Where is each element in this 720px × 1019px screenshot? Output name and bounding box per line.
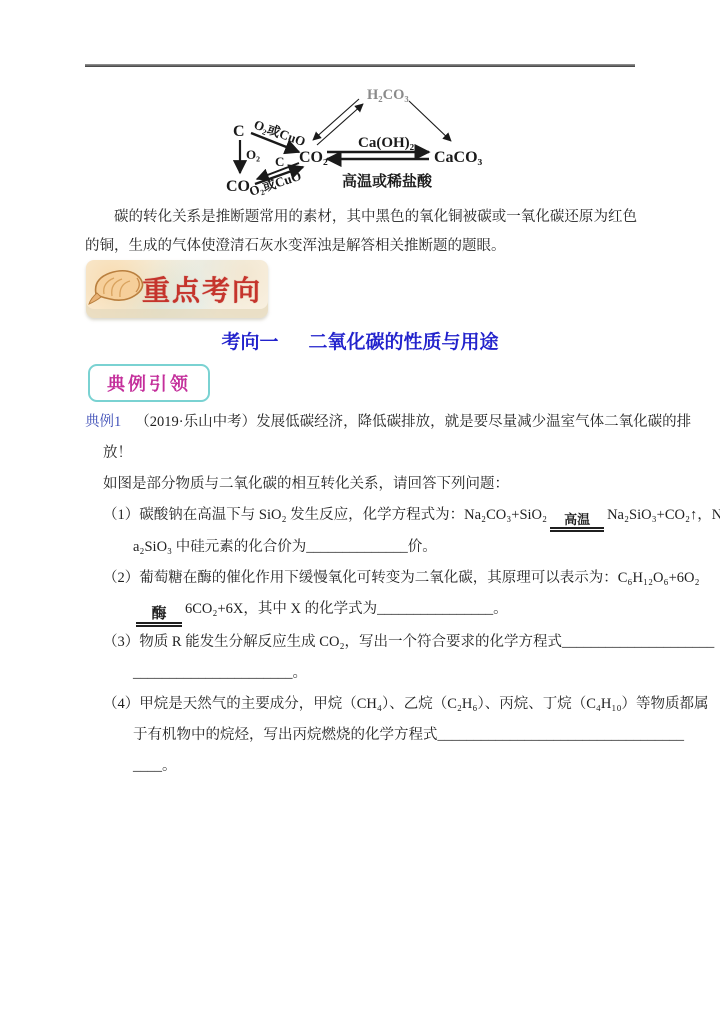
question-4-text: 甲烷是天然气的主要成分，甲烷（CH₄）、乙烷（C₂H₆）、丙烷、丁烷（C₄H₁₀…	[139, 696, 708, 712]
formula-c: C	[233, 123, 245, 140]
arrow-h2co3-to-co2	[313, 99, 359, 140]
question-2-text: 葡萄糖在酶的催化作用下缓慢氧化可转变为二氧化碳，其原理可以表示为：C₆H₁₂O₆…	[139, 570, 699, 586]
question-2-number: （2）	[103, 570, 139, 586]
example-number: 典例1	[85, 414, 121, 430]
question-3-text: 物质 R 能发生分解反应生成 CO₂，写出一个符合要求的化学方程式_______…	[139, 634, 714, 650]
question-4-line1: （4）甲烷是天然气的主要成分，甲烷（CH₄）、乙烷（C₂H₆）、丙烷、丁烷（C₄…	[85, 689, 645, 720]
equation-double-line	[550, 527, 604, 532]
topic-title: 二氧化碳的性质与用途	[309, 332, 499, 353]
conch-shell-icon	[88, 264, 150, 308]
topic-number: 考向一	[221, 332, 278, 353]
label-c-mid: C	[275, 154, 284, 169]
formula-caco3: CaCO₃	[434, 149, 483, 166]
label-high-temp-or-acid: 高温或稀盐酸	[342, 172, 433, 190]
question-4-line2: 于有机物中的烷烃，写出丙烷燃烧的化学方程式___________________…	[85, 720, 645, 751]
section-banner: 重点考向	[86, 260, 268, 318]
formula-co: CO	[226, 178, 250, 195]
carbon-transformation-diagram: C O₂ O₂或CuO CO C O₂或CuO CO₂ H₂CO₃ Ca(OH)…	[213, 83, 493, 198]
question-1-number: （1）	[103, 507, 139, 523]
question-1-line2: a₂SiO₃ 中硅元素的化合价为______________价。	[85, 532, 645, 563]
example-question: 典例1（2019·乐山中考）发展低碳经济，降低碳排放，就是要尽量减少温室气体二氧…	[85, 407, 645, 782]
example-intro-line2: 放！	[85, 438, 645, 469]
question-2-line2: 酶6CO₂+6X，其中 X 的化学式为________________。	[85, 594, 645, 627]
summary-paragraph: 碳的转化关系是推断题常用的素材，其中黑色的氧化铜被碳或一氧化碳还原为红色的铜，生…	[85, 203, 637, 261]
formula-co2: CO₂	[299, 149, 328, 166]
topic-heading: 考向一二氧化碳的性质与用途	[0, 327, 720, 354]
header-rule	[85, 64, 635, 67]
question-2-blank-text: 6CO₂+6X，其中 X 的化学式为________________。	[185, 601, 508, 617]
example-badge-label: 典例引领	[107, 374, 191, 394]
arrow-co2-to-h2co3	[317, 104, 363, 145]
example-intro-text: （2019·乐山中考）发展低碳经济，降低碳排放，就是要尽量减少温室气体二氧化碳的…	[135, 414, 691, 430]
question-1-product: Na₂SiO₃+CO₂↑，N	[607, 507, 720, 523]
formula-h2co3: H₂CO₃	[367, 87, 409, 103]
document-page: C O₂ O₂或CuO CO C O₂或CuO CO₂ H₂CO₃ Ca(OH)…	[0, 0, 720, 1019]
section-banner-label: 重点考向	[142, 269, 262, 309]
question-4-number: （4）	[103, 696, 139, 712]
example-prompt: 如图是部分物质与二氧化碳的相互转化关系，请回答下列问题：	[85, 469, 645, 500]
example-intro-line1: 典例1（2019·乐山中考）发展低碳经济，降低碳排放，就是要尽量减少温室气体二氧…	[85, 407, 645, 438]
question-3-line1: （3）物质 R 能发生分解反应生成 CO₂，写出一个符合要求的化学方程式____…	[85, 627, 645, 658]
example-badge: 典例引领	[88, 364, 210, 402]
question-4-line3: ____。	[85, 751, 645, 782]
question-2-line1: （2）葡萄糖在酶的催化作用下缓慢氧化可转变为二氧化碳，其原理可以表示为：C₆H₁…	[85, 563, 645, 594]
question-3-line2: ______________________。	[85, 658, 645, 689]
question-1-text: 碳酸钠在高温下与 SiO₂ 发生反应，化学方程式为：Na₂CO₃+SiO₂	[139, 507, 547, 523]
reaction-condition-enzyme: 酶	[136, 606, 182, 627]
label-caoh2: Ca(OH)₂	[358, 135, 415, 151]
arrow-h2co3-to-caco3	[409, 101, 451, 141]
label-o2: O₂	[246, 147, 260, 162]
question-1-line1: （1）碳酸钠在高温下与 SiO₂ 发生反应，化学方程式为：Na₂CO₃+SiO₂…	[85, 500, 645, 532]
question-3-number: （3）	[103, 634, 139, 650]
reaction-condition-high-temp: 高温	[550, 513, 604, 532]
